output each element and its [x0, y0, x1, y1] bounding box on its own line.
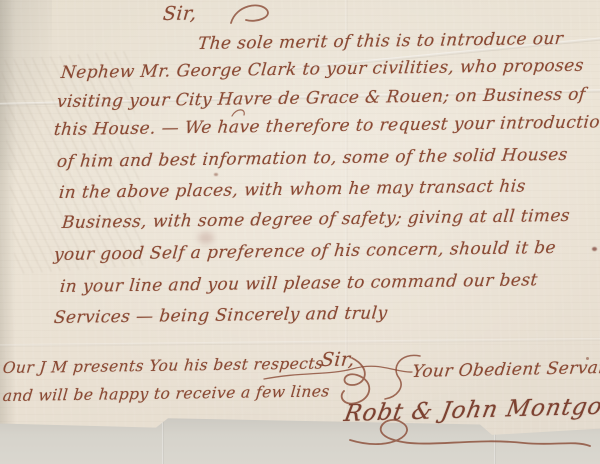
- closing-salutation: Sir,: [320, 348, 356, 371]
- letter-photo: { "letter": { "kind": "handwritten-lette…: [0, 0, 600, 464]
- ink-speck-edge: [592, 247, 597, 251]
- salutation: Sir,: [162, 2, 198, 25]
- ink-speck: [214, 173, 218, 176]
- scene: Sir, The sole merit of this is to introd…: [0, 0, 600, 464]
- closing-phrase: Your Obedient Servants: [411, 357, 600, 382]
